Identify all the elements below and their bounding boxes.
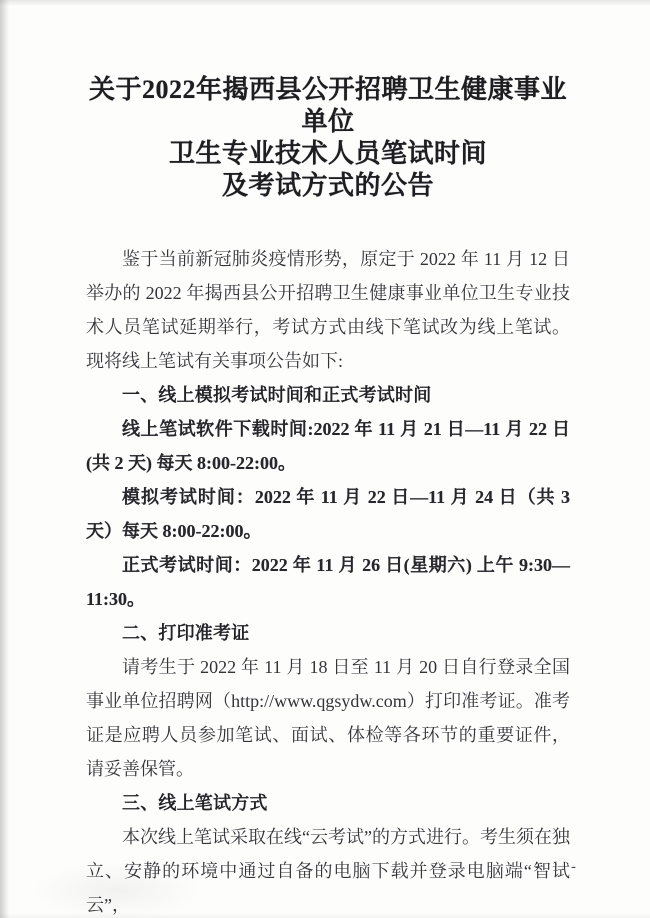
mock-exam-time: 模拟考试时间：2022 年 11 月 22 日—11 月 24 日（共 3 天）… (86, 480, 570, 548)
scanned-announcement-page: 关于2022年揭西县公开招聘卫生健康事业单位 卫生专业技术人员笔试时间 及考试方… (0, 0, 650, 918)
section-heading-1: 一、线上模拟考试时间和正式考试时间 (86, 378, 570, 412)
title-line-3: 及考试方式的公告 (86, 170, 570, 202)
online-exam-method-paragraph: 本次线上笔试采取在线“云考试”的方式进行。考生须在独立、安静的环境中通过自备的电… (86, 820, 570, 918)
page-number: - 1 - (535, 859, 580, 876)
title-line-1: 关于2022年揭西县公开招聘卫生健康事业单位 (86, 74, 570, 138)
document-title: 关于2022年揭西县公开招聘卫生健康事业单位 卫生专业技术人员笔试时间 及考试方… (86, 74, 570, 202)
intro-paragraph: 鉴于当前新冠肺炎疫情形势，原定于 2022 年 11 月 12 日举办的 202… (86, 242, 570, 378)
admission-ticket-paragraph: 请考生于 2022 年 11 月 18 日至 11 月 20 日自行登录全国事业… (86, 650, 570, 786)
page-content: 关于2022年揭西县公开招聘卫生健康事业单位 卫生专业技术人员笔试时间 及考试方… (86, 74, 570, 918)
section-heading-2: 二、打印准考证 (86, 616, 570, 650)
document-body: 鉴于当前新冠肺炎疫情形势，原定于 2022 年 11 月 12 日举办的 202… (86, 242, 570, 918)
official-exam-time: 正式考试时间：2022 年 11 月 26 日(星期六) 上午 9:30—11:… (86, 548, 570, 616)
section-heading-3: 三、线上笔试方式 (86, 786, 570, 820)
software-download-time: 线上笔试软件下载时间:2022 年 11 月 21 日—11 月 22 日(共 … (86, 412, 570, 480)
title-line-2: 卫生专业技术人员笔试时间 (86, 138, 570, 170)
